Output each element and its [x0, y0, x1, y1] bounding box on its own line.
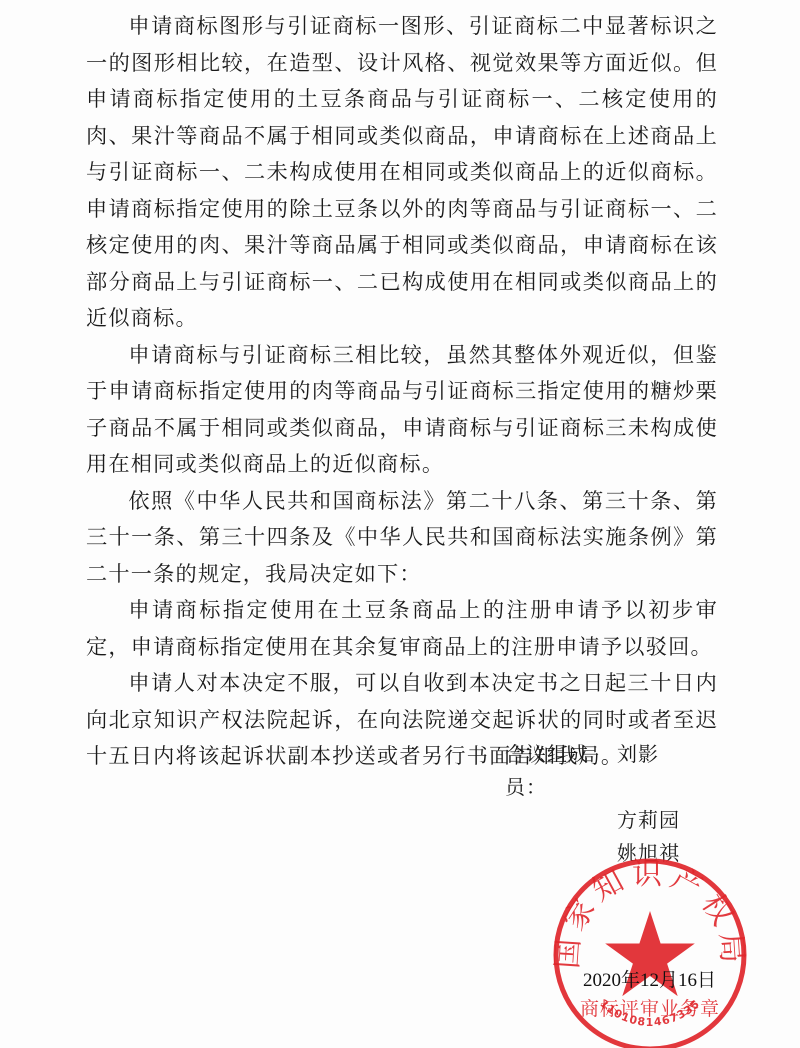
panel-members-label: 合议组成员： [505, 738, 617, 804]
paragraph-similarity-mark-3: 申请商标与引证商标三相比较，虽然其整体外观近似，但鉴于申请商标指定使用的肉等商品… [86, 337, 718, 483]
panel-member-name: 刘影 [617, 738, 659, 804]
official-seal-icon: 国家知识产权局 商标评审业务章 1101081467335 [550, 855, 750, 1048]
paragraph-legal-basis: 依照《中华人民共和国商标法》第二十八条、第三十条、第三十一条、第三十四条及《中华… [86, 483, 718, 593]
document-body: 申请商标图形与引证商标一图形、引证商标二中显著标识之一的图形相比较，在造型、设计… [86, 8, 718, 775]
decision-date: 2020年12月16日 [583, 965, 716, 992]
paragraph-similarity-marks-1-2: 申请商标图形与引证商标一图形、引证商标二中显著标识之一的图形相比较，在造型、设计… [86, 8, 718, 337]
panel-member-name: 方莉园 [617, 804, 680, 837]
decision-document-page: 申请商标图形与引证商标一图形、引证商标二中显著标识之一的图形相比较，在造型、设计… [0, 0, 800, 1048]
paragraph-decision: 申请商标指定使用在土豆条商品上的注册申请予以初步审定，申请商标指定使用在其余复审… [86, 592, 718, 665]
panel-members: 合议组成员： 刘影 方莉园 姚旭祺 [505, 738, 680, 870]
